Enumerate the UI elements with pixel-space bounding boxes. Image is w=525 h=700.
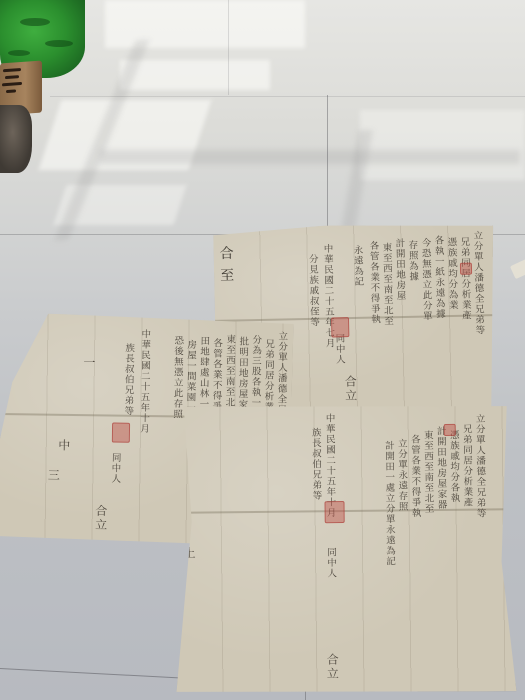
text-column: 各執一紙永遠為據 (432, 235, 445, 319)
text-column: 存照為據 (406, 240, 418, 282)
text-column: 兄弟同居分析業產 (461, 424, 473, 508)
witness-column: 同中人 (333, 333, 345, 365)
text-column: 各管各業不得爭執 (367, 240, 380, 324)
text-column: 憑族戚均分為業 (445, 237, 458, 311)
red-seal (112, 423, 130, 443)
left-column: 分見族戚叔侄等 (307, 254, 320, 328)
closing-mark: 合立 (344, 375, 356, 403)
text-column: 立分單永遠存照 (396, 438, 408, 512)
text-column: 立分單人潘德全兄弟等 (474, 414, 486, 519)
text-column: 東至西至南至北至 (223, 334, 235, 418)
side-mark: 合 (219, 246, 230, 261)
document-bottom-right: 上 中華民國二十五年十月 族長叔伯兄弟等 同中人 合立 立分單人潘德全兄弟等 兄… (174, 403, 517, 695)
text-column: 東至西至南至北至 (380, 242, 393, 326)
tile-grout (50, 96, 525, 97)
text-column: 立分單人潘德全兄弟等 (471, 230, 484, 335)
floor-reflection (360, 110, 525, 180)
witness-column: 同中人 (325, 547, 336, 579)
red-seal (444, 424, 456, 436)
side-mark: 中 (58, 439, 69, 453)
text-column: 憑族戚均分各執 (448, 430, 460, 504)
text-column: 計開田一處立分單永遠為記 (383, 440, 395, 566)
closing-mark: 合立 (95, 504, 106, 532)
date-column: 中華民國二十五年十月 (138, 329, 150, 434)
text-column: 計開田地房屋 (393, 238, 405, 301)
side-mark: 三 (47, 469, 58, 483)
tile-grout (327, 95, 328, 230)
tile-grout (228, 0, 229, 95)
red-seal (324, 501, 344, 523)
text-column: 兄弟同居分析業產 (458, 237, 471, 321)
red-seal (331, 317, 349, 337)
text-column: 東至西至南至北至 (422, 430, 434, 514)
witness-column: 同中人 (109, 452, 120, 484)
left-column: 族長叔伯兄弟等 (310, 427, 322, 501)
title-note: 永遠為記 (351, 245, 363, 287)
side-mark: 一 (83, 356, 94, 370)
floor-reflection (120, 60, 270, 90)
left-column: 族長叔伯兄弟等 (122, 343, 134, 417)
window-frame-shadow (100, 150, 520, 164)
closing-mark: 合立 (326, 653, 337, 681)
text-column: 今恐無憑立此分單 (419, 237, 432, 321)
red-seal (460, 263, 472, 275)
text-column: 各管各業不得爭執 (409, 434, 421, 518)
side-mark: 至 (220, 268, 231, 283)
knit-pot (0, 105, 32, 173)
text-column: 恐後無憑立此存照 (171, 335, 183, 419)
text-column: 分為三股各執一紙 (249, 334, 261, 418)
photo-scene: 合 至 永遠為記 中華民國二十五年七月 分見族戚叔侄等 同中人 合立 立分單人潘… (0, 0, 525, 700)
text-column: 計開田地房屋家器 (435, 426, 447, 510)
